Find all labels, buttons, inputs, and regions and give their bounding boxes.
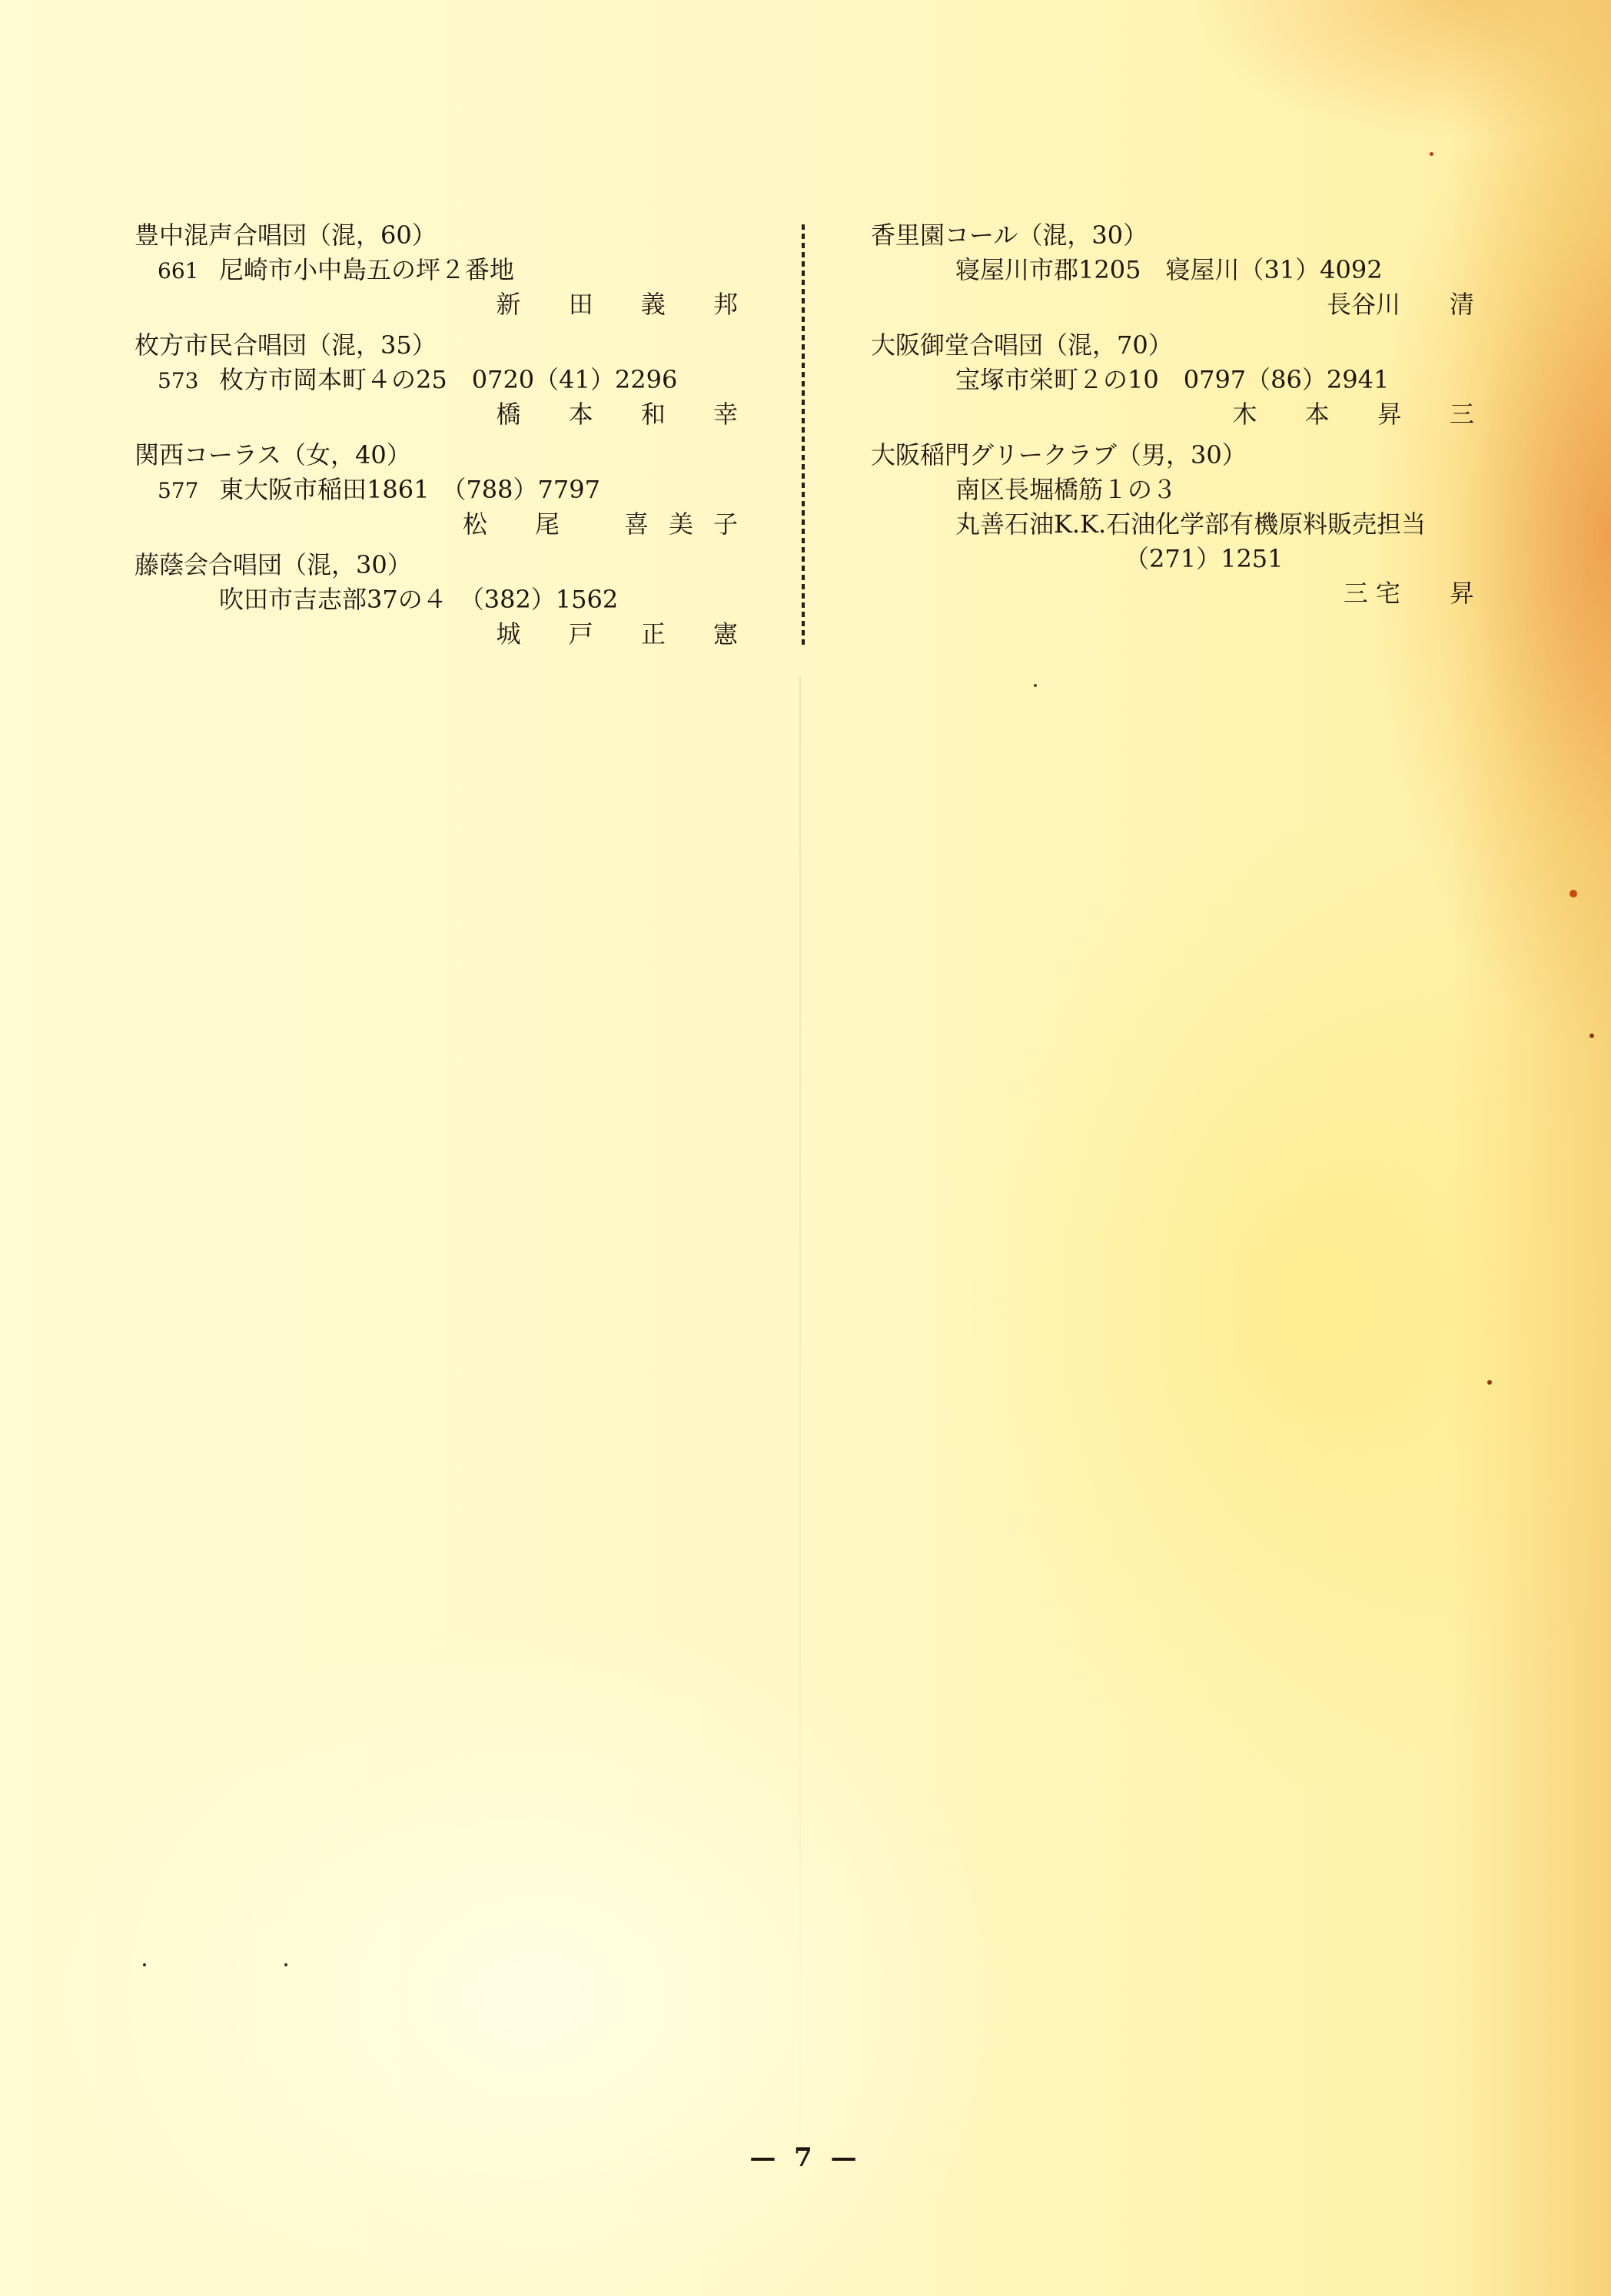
choir-title: 関西コーラス（女，40）: [135, 438, 738, 473]
choir-contact: 三 宅 昇: [871, 576, 1474, 611]
choir-address-line: 661尼崎市小中島五の坪２番地: [135, 253, 738, 287]
paper-speck: [284, 1963, 287, 1966]
choir-entry: 大阪御堂合唱団（混，70） 宝塚市栄町２の10 0797（86）2941 木 本…: [871, 328, 1474, 432]
page-fold-line: [799, 676, 801, 2136]
paper-speck: [1569, 890, 1577, 897]
choir-address: 東大阪市稲田1861 （788）7797: [219, 475, 600, 504]
choir-entry: 関西コーラス（女，40） 577東大阪市稲田1861 （788）7797 松 尾…: [135, 438, 738, 542]
paper-speck: [143, 1963, 146, 1966]
choir-title: 香里園コール（混，30）: [871, 218, 1474, 253]
choir-title: 豊中混声合唱団（混，60）: [135, 218, 738, 253]
choir-title: 枚方市民合唱団（混，35）: [135, 328, 738, 363]
page-number: — 7 —: [0, 2142, 1611, 2173]
choir-contact: 木 本 昇 三: [871, 397, 1494, 432]
right-column: 香里園コール（混，30） 寝屋川市郡1205 寝屋川（31）4092 長谷川 清…: [871, 218, 1474, 617]
choir-contact: 城 戸 正 憲: [135, 617, 758, 652]
choir-address: 南区長堀橋筋１の３: [871, 473, 1474, 507]
column-divider-dotted: [802, 224, 805, 645]
choir-contact: 新 田 義 邦: [135, 287, 758, 322]
choir-title: 藤蔭会合唱団（混，30）: [135, 548, 738, 582]
choir-contact: 松 尾 喜美子: [135, 507, 758, 542]
paper-speck: [1430, 152, 1433, 156]
choir-entry: 枚方市民合唱団（混，35） 573枚方市岡本町４の25 0720（41）2296…: [135, 328, 738, 432]
choir-title: 大阪御堂合唱団（混，70）: [871, 328, 1474, 363]
choir-address: 寝屋川市郡1205 寝屋川（31）4092: [871, 253, 1474, 287]
document-page: 豊中混声合唱団（混，60） 661尼崎市小中島五の坪２番地 新 田 義 邦 枚方…: [0, 0, 1611, 2296]
choir-title: 大阪稲門グリークラブ（男，30）: [871, 438, 1474, 473]
paper-speck: [1034, 684, 1037, 687]
choir-address: 枚方市岡本町４の25 0720（41）2296: [219, 365, 677, 394]
choir-address-line: 吹田市吉志部37の４ （382）1562: [135, 582, 738, 617]
left-column: 豊中混声合唱団（混，60） 661尼崎市小中島五の坪２番地 新 田 義 邦 枚方…: [135, 218, 738, 658]
choir-entry: 香里園コール（混，30） 寝屋川市郡1205 寝屋川（31）4092 長谷川 清: [871, 218, 1474, 322]
paper-speck: [1589, 1034, 1594, 1038]
choir-address: 宝塚市栄町２の10 0797（86）2941: [871, 363, 1474, 397]
choir-contact: 長谷川 清: [871, 287, 1474, 322]
paper-speck: [1487, 1380, 1492, 1385]
choir-entry: 大阪稲門グリークラブ（男，30） 南区長堀橋筋１の３ 丸善石油K.K.石油化学部…: [871, 438, 1474, 611]
choir-address: 吹田市吉志部37の４ （382）1562: [219, 585, 618, 614]
choir-phone: （271）1251: [871, 542, 1474, 576]
choir-address: 尼崎市小中島五の坪２番地: [219, 255, 514, 284]
choir-entry: 豊中混声合唱団（混，60） 661尼崎市小中島五の坪２番地 新 田 義 邦: [135, 218, 738, 322]
choir-address-line: 573枚方市岡本町４の25 0720（41）2296: [135, 363, 738, 397]
choir-affiliation: 丸善石油K.K.石油化学部有機原料販売担当: [871, 507, 1474, 542]
choir-contact: 橋 本 和 幸: [135, 397, 758, 432]
choir-entry: 藤蔭会合唱団（混，30） 吹田市吉志部37の４ （382）1562 城 戸 正 …: [135, 548, 738, 652]
choir-address-line: 577東大阪市稲田1861 （788）7797: [135, 473, 738, 507]
